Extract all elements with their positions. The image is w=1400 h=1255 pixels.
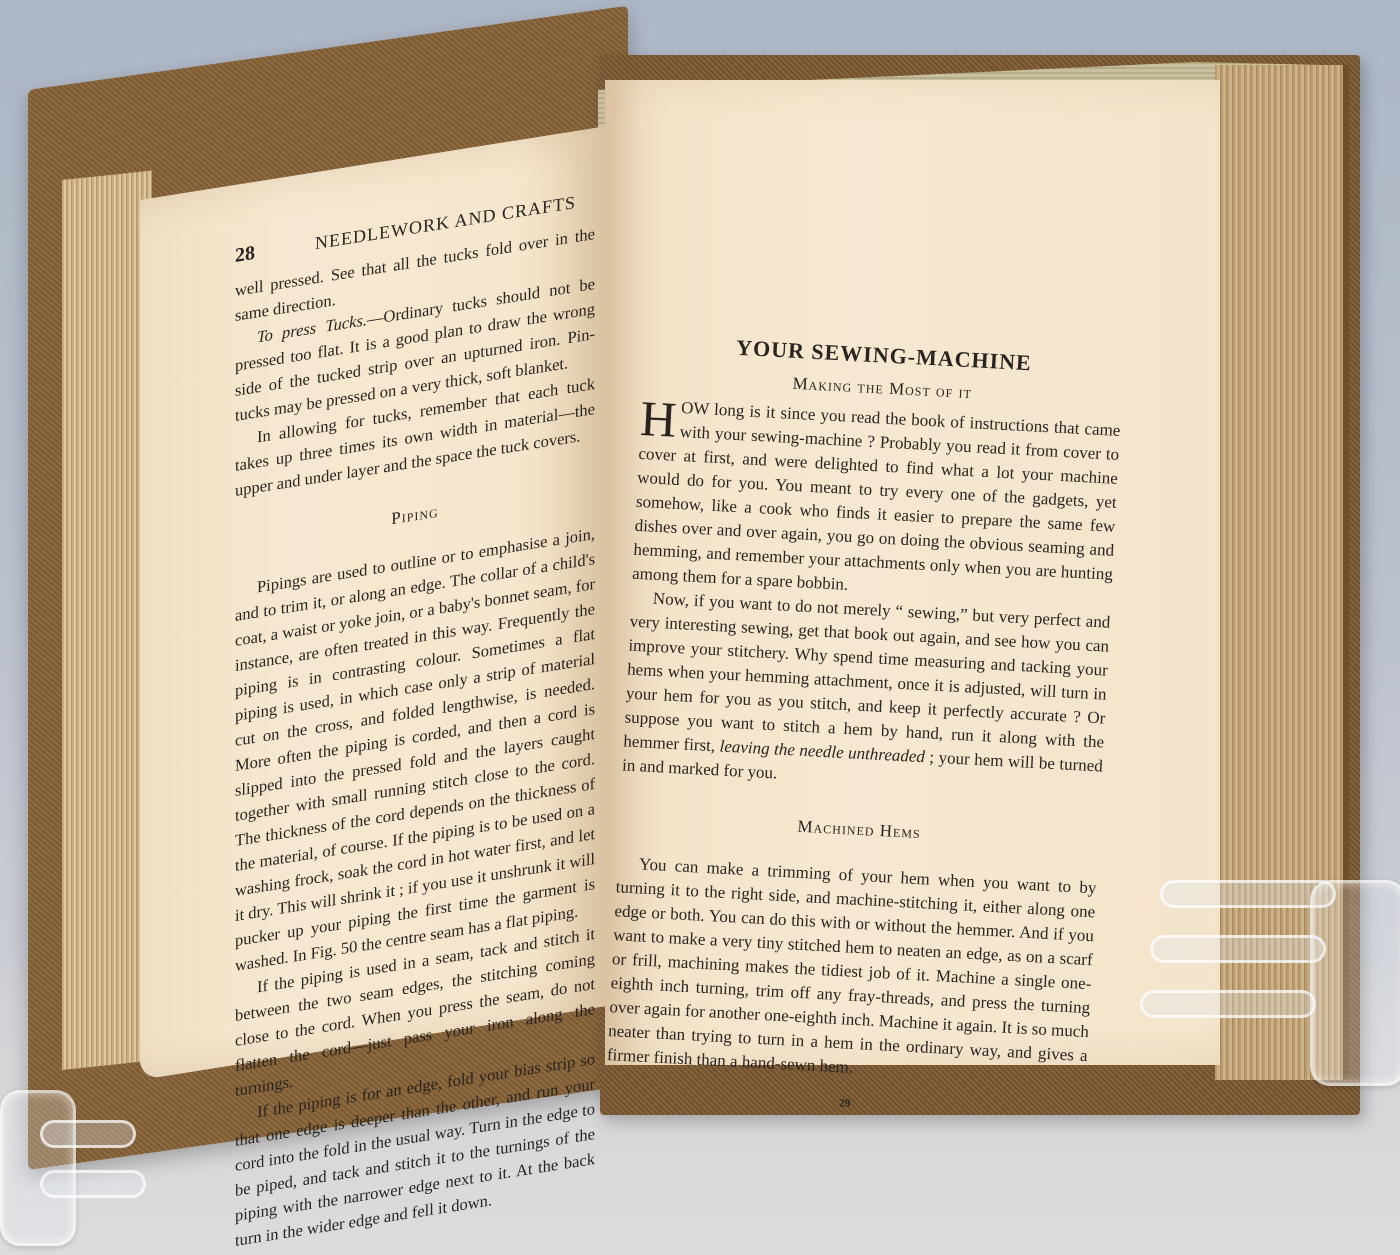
paragraph: Now, if you want to do not merely “ sewi… [622, 586, 1111, 803]
paragraph: You can make a trimming of your hem when… [606, 851, 1097, 1092]
photo-scene: 28 NEEDLEWORK AND CRAFTS well pressed. S… [0, 0, 1400, 1255]
page-block-left-edge [62, 171, 152, 1070]
intro-paragraph: HOW long is it since you read the book o… [632, 394, 1121, 611]
left-page: 28 NEEDLEWORK AND CRAFTS well pressed. S… [140, 126, 610, 1080]
drop-cap: H [639, 398, 677, 440]
left-body-text: well pressed. See that all the tucks fol… [235, 221, 595, 1253]
book-stand-clip-left [0, 1090, 150, 1250]
paragraph: Pipings are used to outline or to emphas… [235, 521, 595, 978]
section-heading-machined-hems: Machined Hems [619, 805, 1100, 854]
right-page: YOUR SEWING-MACHINE Making the Most of i… [605, 80, 1220, 1065]
right-body-text: HOW long is it since you read the book o… [604, 394, 1121, 1128]
book-stand-clip-right [1160, 860, 1400, 1100]
page-number: 28 [235, 242, 255, 268]
